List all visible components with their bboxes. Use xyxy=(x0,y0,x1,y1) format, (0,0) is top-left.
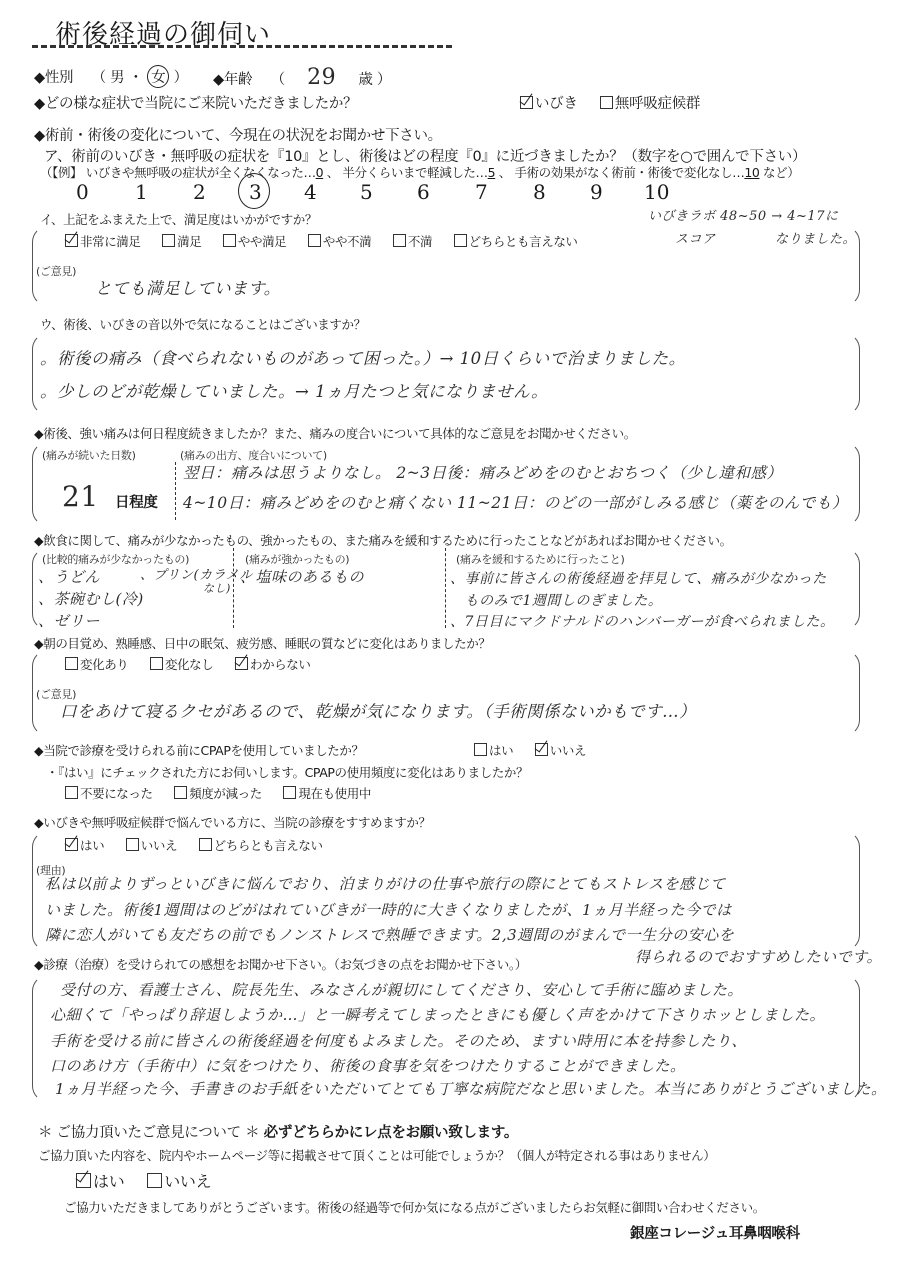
recommend-reason-line[interactable]: 私は以前よりずっといびきに悩んでおり、泊まりがけの仕事や旅行の際にとてもストレス… xyxy=(45,873,726,894)
consent-options: はい いいえ xyxy=(76,1169,229,1192)
symptoms-options: いびき 無呼吸症候群 xyxy=(520,92,718,113)
satisfaction-somewhat-satisfied-checkbox[interactable]: やや満足 xyxy=(223,234,286,249)
satisfaction-somewhat-dissatisfied-checkbox[interactable]: やや不満 xyxy=(308,234,371,249)
pain-divider xyxy=(175,462,176,520)
satisfaction-options: 非常に満足 満足 やや満足 やや不満 不満 どちらとも言えない xyxy=(65,232,596,250)
checkbox-icon xyxy=(174,786,187,799)
checkbox-icon xyxy=(283,786,296,799)
impressions-line[interactable]: 1ヵ月半経った今、手書きのお手紙をいただいてとても丁寧な病院だなと思いました。本… xyxy=(55,1078,887,1099)
title-divider xyxy=(32,45,452,48)
diet-less-item[interactable]: 、うどん xyxy=(38,566,100,587)
pain-detail-line[interactable]: 翌日：痛みは思うよりなし。 2~3日後：痛みどめをのむとおちつく（少し違和感） xyxy=(183,461,783,483)
impressions-line[interactable]: 手術を受ける前に皆さんの術後経過を何度もよみました。そのため、ますい時用に本を持… xyxy=(50,1030,747,1051)
sleep-changed-checkbox[interactable]: 変化あり xyxy=(65,657,128,672)
diet-divider-1 xyxy=(233,548,234,628)
recommend-options: はい いいえ どちらとも言えない xyxy=(65,836,341,854)
symptom-apnea-checkbox[interactable]: 無呼吸症候群 xyxy=(600,96,700,112)
pain-question: ◆術後、強い痛みは何日程度続きましたか？また、痛みの度合いについて具体的なご意見… xyxy=(34,424,636,442)
checkbox-checked-icon xyxy=(535,743,548,756)
impressions-question: ◆診療（治療）を受けられての感想をお聞かせ下さい。（お気づきの点をお聞かせ下さい… xyxy=(34,955,527,973)
cpap-question: ◆当院で診療を受けられる前にCPAPを使用していましたか？ xyxy=(34,741,364,759)
satisfaction-comment-label: (ご意見) xyxy=(36,263,76,279)
scale-7[interactable]: 7 xyxy=(475,180,488,204)
scale-6[interactable]: 6 xyxy=(417,180,430,204)
cpap-not-needed-checkbox[interactable]: 不要になった xyxy=(65,786,153,801)
checkbox-icon xyxy=(223,234,236,247)
cpap-no-checkbox[interactable]: いいえ xyxy=(535,743,586,758)
scale-8[interactable]: 8 xyxy=(533,180,546,204)
diet-relief-line[interactable]: 、事前に皆さんの術後経過を拝見して、痛みが少なかった xyxy=(450,568,827,588)
cpap-yes-checkbox[interactable]: はい xyxy=(474,743,513,758)
change-heading: ◆術前・術後の変化について、今現在の状況をお聞かせ下さい。 xyxy=(34,124,442,145)
diet-less-item[interactable]: 、プリン(カラメル xyxy=(140,564,253,583)
diet-less-item[interactable]: 、茶碗むし(冷) xyxy=(38,588,144,609)
impressions-line[interactable]: 受付の方、看護士さん、院長先生、みなさんが親切にしてくださり、安心して手術に臨め… xyxy=(60,979,743,1000)
diet-strong-item[interactable]: 、塩味のあるもの xyxy=(240,566,364,587)
satisfaction-neutral-checkbox[interactable]: どちらとも言えない xyxy=(454,234,578,249)
satisfaction-satisfied-checkbox[interactable]: 満足 xyxy=(162,234,201,249)
pain-box xyxy=(32,442,860,526)
consent-thanks: ご協力いただきましてありがとうございます。術後の経過等で何か気になる点がございま… xyxy=(64,1198,765,1216)
diet-strong-label: (痛みが強かったもの) xyxy=(245,551,349,567)
selected-circle-icon xyxy=(238,173,270,209)
recommend-no-checkbox[interactable]: いいえ xyxy=(126,838,177,853)
diet-question: ◆飲食に関して、痛みが少なかったもの、強かったもの、また痛みを緩和するために行っ… xyxy=(34,531,732,549)
diet-less-item[interactable]: 、ゼリー xyxy=(38,610,100,631)
consent-question: ご協力頂いた内容を、院内やホームページ等に掲載させて頂くことは可能でしょうか？（… xyxy=(38,1146,715,1164)
recommend-question: ◆いびきや無呼吸症候群で悩んでいる方に、当院の診療をすすめますか？ xyxy=(34,813,431,831)
pain-days-unit: 日程度 xyxy=(115,491,158,512)
sleep-unknown-checkbox[interactable]: わからない xyxy=(235,657,311,672)
age-row: ◆年齢 （ 29 歳 ） xyxy=(213,65,391,90)
clinic-name: 銀座コレージュ耳鼻咽喉科 xyxy=(630,1222,800,1243)
scale-1[interactable]: 1 xyxy=(135,180,148,204)
consent-yes-checkbox[interactable]: はい xyxy=(76,1172,124,1191)
checkbox-checked-icon xyxy=(65,234,78,247)
checkbox-icon xyxy=(393,234,406,247)
scale-2[interactable]: 2 xyxy=(193,180,206,204)
age-value[interactable]: 29 xyxy=(307,65,336,90)
cpap-still-using-checkbox[interactable]: 現在も使用中 xyxy=(283,786,371,801)
checkbox-checked-icon xyxy=(76,1173,91,1188)
gender-row: ◆性別 （ 男 ・ 女 ） xyxy=(34,65,188,88)
change-example: （【例】 いびきや無呼吸の症状が全くなくなった…0 、 半分くらいまで軽減した…… xyxy=(40,163,799,181)
recommend-reason-line[interactable]: 隣に恋人がいても友だちの前でもノンストレスで熟睡できます。2,3週間のがまんで一… xyxy=(45,924,734,945)
gender-female-option[interactable]: 女 xyxy=(147,65,169,88)
cpap-reduced-checkbox[interactable]: 頻度が減った xyxy=(174,786,262,801)
cpap-options: はい いいえ xyxy=(474,741,604,759)
checkbox-icon xyxy=(162,234,175,247)
gender-label: ◆性別 xyxy=(34,70,73,86)
pain-days-label: (痛みが続いた日数) xyxy=(42,447,136,463)
checkbox-icon xyxy=(454,234,467,247)
recommend-yes-checkbox[interactable]: はい xyxy=(65,838,104,853)
cpap-followup-options: 不要になった 頻度が減った 現在も使用中 xyxy=(65,784,389,802)
gender-male-option[interactable]: 男 xyxy=(110,70,124,86)
scale-0[interactable]: 0 xyxy=(76,180,89,204)
sleep-comment[interactable]: 口をあけて寝るクセがあるので、乾燥が気になります。（手術関係ないかもです…） xyxy=(60,698,696,722)
impressions-line[interactable]: 心細くて「やっぱり辞退しようか…」と一瞬考えてしまったときにも優しく声をかけて下… xyxy=(50,1004,825,1025)
checkbox-icon xyxy=(150,657,163,670)
age-label: ◆年齢 xyxy=(213,72,252,88)
diet-relief-label: (痛みを緩和するために行ったこと) xyxy=(456,551,624,567)
checkbox-icon xyxy=(199,838,212,851)
pain-detail-line[interactable]: 4~10日：痛みどめをのむと痛くない 11~21日：のどの一部がしみる感じ（薬を… xyxy=(183,491,848,513)
impressions-line[interactable]: 口のあけ方（手術中）に気をつけたり、術後の食事を気をつけたりすることができました… xyxy=(50,1055,686,1076)
recommend-reason-line[interactable]: いました。術後1週間はのどがはれていびきが一時的に大きくなりましたが、1ヵ月半経… xyxy=(45,899,732,920)
checkbox-icon xyxy=(474,743,487,756)
satisfaction-dissatisfied-checkbox[interactable]: 不満 xyxy=(393,234,432,249)
consent-no-checkbox[interactable]: いいえ xyxy=(147,1172,211,1191)
checkbox-icon xyxy=(600,96,613,109)
symptoms-question: ◆どの様な症状で当院にご来院いただきましたか？ xyxy=(34,92,357,113)
diet-relief-line[interactable]: ものみで1週間しのぎました。 xyxy=(450,590,662,610)
recommend-reason-line[interactable]: 得られるのでおすすめしたいです。 xyxy=(635,946,882,967)
symptom-snoring-checkbox[interactable]: いびき xyxy=(520,96,578,112)
scale-4[interactable]: 4 xyxy=(304,180,317,204)
checkbox-checked-icon xyxy=(520,96,533,109)
cpap-followup: ・『はい』にチェックされた方にお伺いします。CPAPの使用頻度に変化はありました… xyxy=(46,763,528,781)
scale-5[interactable]: 5 xyxy=(360,180,373,204)
checkbox-icon xyxy=(126,838,139,851)
recommend-neutral-checkbox[interactable]: どちらとも言えない xyxy=(199,838,323,853)
satisfaction-comment[interactable]: とても満足しています。 xyxy=(95,275,281,299)
sleep-options: 変化あり 変化なし わからない xyxy=(65,655,328,673)
diet-relief-line[interactable]: 、7日目にマクドナルドのハンバーガーが食べられました。 xyxy=(450,611,834,631)
checkbox-icon xyxy=(147,1173,162,1188)
scale-10[interactable]: 10 xyxy=(644,180,669,204)
checkbox-checked-icon xyxy=(65,838,78,851)
other-concerns-line[interactable]: 。少しのどが乾燥していました。→ 1ヵ月たつと気になりません。 xyxy=(40,378,548,402)
checkbox-checked-icon xyxy=(235,657,248,670)
other-concerns-line[interactable]: 。術後の痛み（食べられないものがあって困った。）→ 10日くらいで治まりました。 xyxy=(40,345,686,369)
checkbox-icon xyxy=(65,786,78,799)
consent-heading: ＊ ご協力頂いたご意見について ＊ 必ずどちらかにレ点をお願い致します。 xyxy=(38,1121,518,1142)
satisfaction-very-satisfied-checkbox[interactable]: 非常に満足 xyxy=(65,234,141,249)
satisfaction-note-line1: いびきラボ 48~50 → 4~17に xyxy=(648,205,838,224)
other-concerns-question: ウ、術後、いびきの音以外で気になることはございますか？ xyxy=(40,315,366,333)
checkbox-icon xyxy=(65,657,78,670)
diet-divider-2 xyxy=(445,548,446,628)
pain-days-value[interactable]: 21 xyxy=(62,480,99,513)
checkbox-icon xyxy=(308,234,321,247)
sleep-unchanged-checkbox[interactable]: 変化なし xyxy=(150,657,213,672)
diet-less-item[interactable]: なし) xyxy=(203,580,231,596)
scale-9[interactable]: 9 xyxy=(590,180,603,204)
